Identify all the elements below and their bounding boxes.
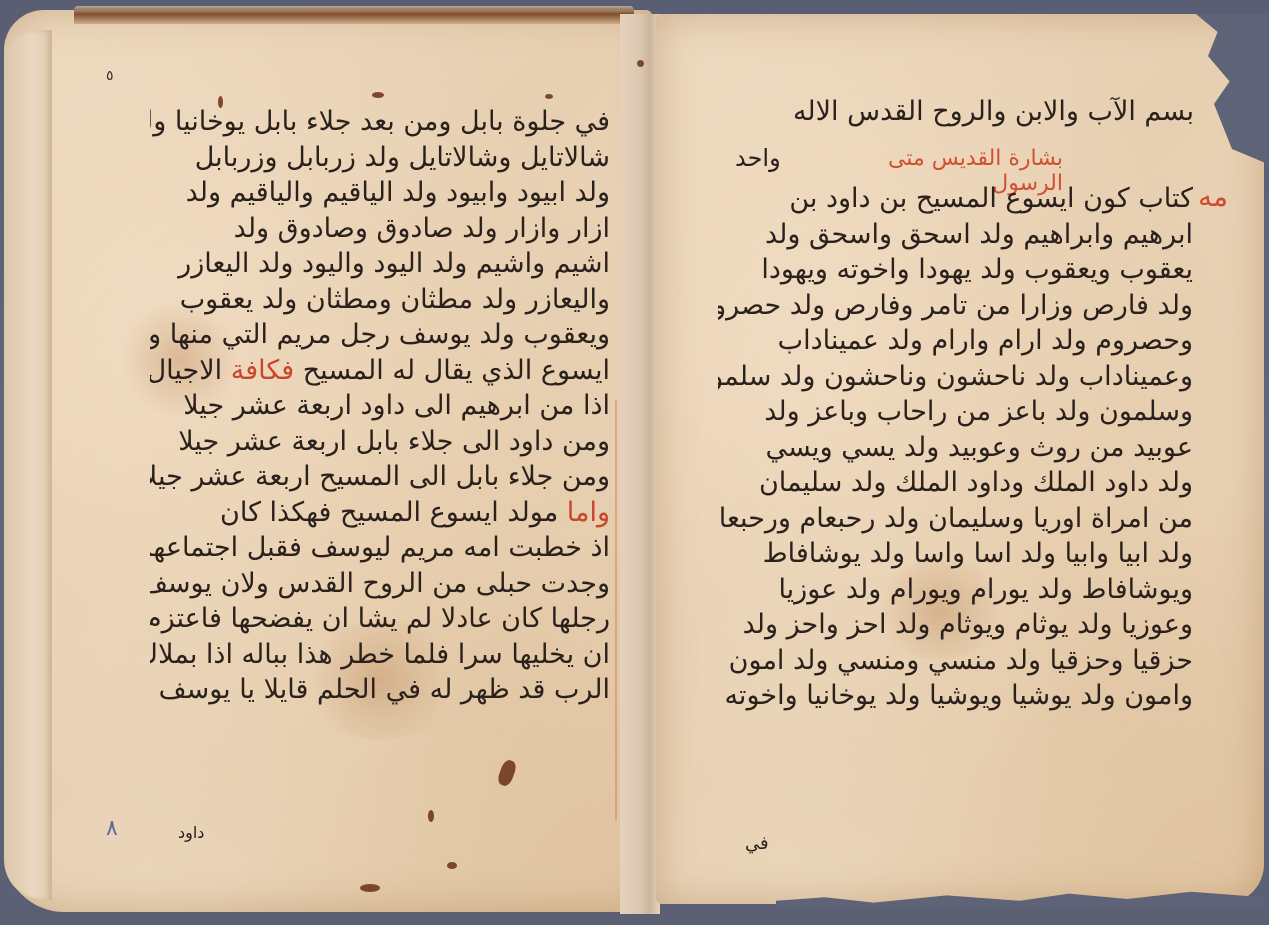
text-line: ولد فارص وزارا من تامر وفارص ولد حصروم [718, 288, 1193, 324]
text-line: وامون ولد يوشيا ويوشيا ولد يوخانيا واخوت… [718, 678, 1193, 714]
text-line: واما مولد ايسوع المسيح فهكذا كان [150, 495, 610, 531]
invocation-line: بسم الآب والابن والروح القدس الاله [724, 94, 1194, 130]
text-line: ان يخليها سرا فلما خطر هذا بباله اذا بمل… [150, 637, 610, 673]
wormhole [428, 810, 434, 822]
text-line: في جلوة بابل ومن بعد جلاء بابل يوخانيا و… [150, 104, 610, 140]
text-line: رجلها كان عادلا لم يشا ان يفضحها فاعتزم [150, 601, 610, 637]
rubric-word: واما [567, 497, 610, 528]
text-line: اشيم واشيم ولد اليود واليود ولد اليعازر [150, 246, 610, 282]
text-line: يعقوب ويعقوب ولد يهودا واخوته ويهودا [718, 252, 1193, 288]
text-line: كتاب كون ايسوع المسيح بن داود بن [718, 181, 1193, 217]
text-fragment: الاجيال [150, 355, 231, 386]
text-line: ابرهيم وابراهيم ولد اسحق واسحق ولد [718, 217, 1193, 253]
catchword: في [745, 833, 769, 854]
text-line: ولد داود الملك وداود الملك ولد سليمان [718, 465, 1193, 501]
right-page-text: كتاب كون ايسوع المسيح بن داود بن ابرهيم … [718, 181, 1193, 714]
text-line: ايسوع الذي يقال له المسيح فكافة الاجيال [150, 353, 610, 389]
invocation-end: واحد [735, 144, 781, 172]
text-line: ومن داود الى جلاء بابل اربعة عشر جيلا [150, 424, 610, 460]
catchword: داود [178, 823, 204, 842]
manuscript-spread: ٥ في جلوة بابل ومن بعد جلاء بابل يوخانيا… [0, 0, 1269, 925]
text-line: ولد ابيا وابيا ولد اسا واسا ولد يوشافاط [718, 536, 1193, 572]
wormhole [447, 862, 457, 869]
text-line: اذا من ابرهيم الى داود اربعة عشر جيلا [150, 388, 610, 424]
margin-section-mark: مه [1198, 180, 1228, 213]
text-line: شالاتايل وشالاتايل ولد زربابل وزربابل [150, 140, 610, 176]
text-line: وحصروم ولد ارام وارام ولد عميناداب [718, 323, 1193, 359]
left-page-text: في جلوة بابل ومن بعد جلاء بابل يوخانيا و… [150, 104, 610, 708]
torn-edge-bottom [776, 872, 1264, 908]
quire-mark: ٥ [106, 68, 114, 84]
text-fragment: ايسوع الذي يقال له المسيح [294, 355, 610, 386]
rubric-word: فكافة [231, 355, 294, 386]
top-binding-edge [74, 6, 634, 24]
text-line: ويوشافاط ولد يورام ويورام ولد عوزيا [718, 572, 1193, 608]
text-line: اذ خطبت امه مريم ليوسف فقبل اجتماعهما [150, 530, 610, 566]
wormhole [637, 60, 644, 67]
wormhole [360, 884, 380, 892]
text-line: ومن جلاء بابل الى المسيح اربعة عشر جيلا [150, 459, 610, 495]
gutter-fold [620, 14, 660, 914]
torn-corner-top [1148, 14, 1268, 164]
folio-number: ٨ [106, 816, 118, 841]
text-line: من امراة اوريا وسليمان ولد رحبعام ورحبعا… [718, 501, 1193, 537]
wormhole [545, 94, 553, 99]
text-line: واليعازر ولد مطثان ومطثان ولد يعقوب [150, 282, 610, 318]
text-line: وعميناداب ولد ناحشون وناحشون ولد سلمون [718, 359, 1193, 395]
text-line: وعوزيا ولد يوثام ويوثام ولد احز واحز ولد [718, 607, 1193, 643]
text-line: ازار وازار ولد صادوق وصادوق ولد [150, 211, 610, 247]
text-fragment: مولد ايسوع المسيح فهكذا كان [220, 497, 567, 528]
text-line: ويعقوب ولد يوسف رجل مريم التي منها ولد [150, 317, 610, 353]
margin-ruling [615, 400, 617, 820]
text-line: حزقيا وحزقيا ولد منسي ومنسي ولد امون [718, 643, 1193, 679]
page-edge-stack [4, 30, 52, 900]
text-line: عوبيد من روث وعوبيد ولد يسي ويسي [718, 430, 1193, 466]
text-line: وجدت حبلى من الروح القدس ولان يوسف [150, 566, 610, 602]
wormhole [372, 92, 384, 98]
text-line: ولد ابيود وابيود ولد الياقيم والياقيم ول… [150, 175, 610, 211]
text-line: وسلمون ولد باعز من راحاب وباعز ولد [718, 394, 1193, 430]
text-line: الرب قد ظهر له في الحلم قايلا يا يوسف بن [150, 672, 610, 708]
